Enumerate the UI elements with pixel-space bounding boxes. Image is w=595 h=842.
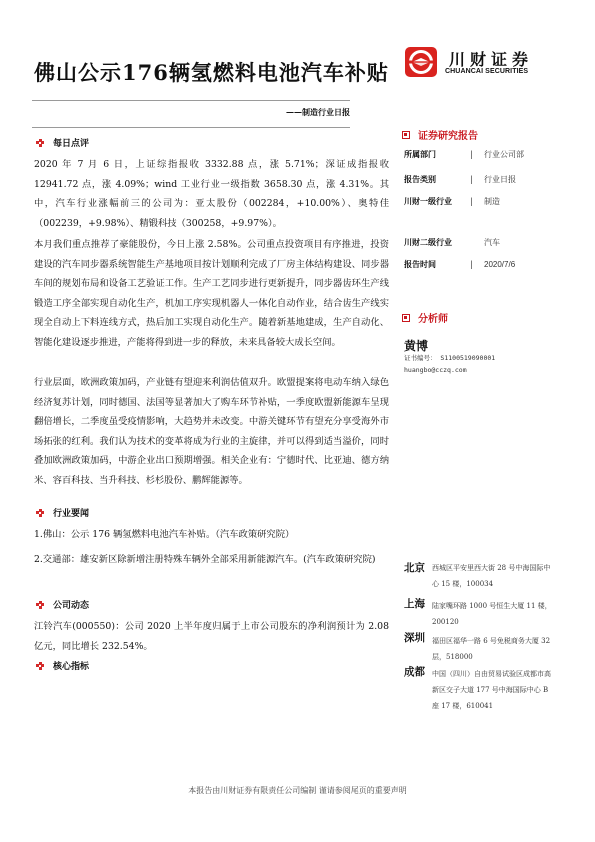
paragraph: 本月我们重点推荐了豪能股份，今日上涨 2.58%。公司重点投资项目有序推进，投资… (34, 235, 389, 352)
office-city-shanghai: 上海 (404, 596, 425, 611)
section-title: 核心指标 (53, 659, 89, 672)
logo-name-cn: 川财证券 (449, 47, 533, 70)
section-title: 行业要闻 (53, 506, 89, 519)
daily-review-para-2: 本月我们重点推荐了豪能股份，今日上涨 2.58%。公司重点投资项目有序推进，投资… (34, 235, 389, 352)
analyst-license: 证书编号： S1100519090001 (404, 353, 495, 362)
company-news-item-1: 江铃汽车(000550)：公司 2020 上半年度归属于上市公司股东的净利润预计… (34, 617, 389, 656)
info-label: 报告类别 (404, 174, 470, 185)
paragraph: 行业层面，欧洲政策加码，产业链有望迎来利润估值双升。欧盟提案将电动车纳入绿色经济… (34, 373, 389, 490)
sidebar-title: 分析师 (418, 310, 448, 325)
section-head-core-indicators: 核心指标 (36, 659, 89, 672)
sidebar-head-report-info: 证券研究报告 (402, 127, 478, 142)
daily-review-para-1: 2020 年 7 月 6 日，上证综指报收 3332.88 点，涨 5.71%；… (34, 155, 389, 233)
info-row-report-date: 报告时间 | 2020/7/6 (404, 256, 515, 272)
info-row-level2-industry: 川财二级行业 汽车 (404, 234, 500, 250)
footer-disclaimer: 本报告由川财证券有限责任公司编制 谨请参阅尾页的重要声明 (0, 785, 595, 796)
diamond-bullet-icon (36, 662, 44, 670)
paragraph: 2020 年 7 月 6 日，上证综指报收 3332.88 点，涨 5.71%；… (34, 155, 389, 233)
office-address-beijing: 西城区平安里西大街 28 号中海国际中心 15 楼，100034 (432, 560, 552, 592)
info-separator: | (470, 260, 484, 269)
daily-review-para-3: 行业层面，欧洲政策加码，产业链有望迎来利润估值双升。欧盟提案将电动车纳入绿色经济… (34, 373, 389, 490)
news-item: 1.佛山：公示 176 辆氢燃料电池汽车补贴。（汽车政策研究院） (34, 525, 389, 545)
news-item: 江铃汽车(000550)：公司 2020 上半年度归属于上市公司股东的净利润预计… (34, 617, 389, 656)
sidebar-title: 证券研究报告 (418, 127, 478, 142)
section-head-company-news: 公司动态 (36, 598, 89, 611)
info-value: 行业公司部 (484, 149, 524, 160)
news-item: 2.交通部：雄安新区除新增注册特殊车辆外全部采用新能源汽车。(汽车政策研究院) (34, 550, 389, 570)
info-label: 报告时间 (404, 259, 470, 270)
diamond-bullet-icon (36, 139, 44, 147)
info-value: 2020/7/6 (484, 260, 515, 269)
industry-news-item-2: 2.交通部：雄安新区除新增注册特殊车辆外全部采用新能源汽车。(汽车政策研究院) (34, 550, 389, 570)
chuancai-logo-icon (405, 47, 437, 77)
industry-news-item-1: 1.佛山：公示 176 辆氢燃料电池汽车补贴。（汽车政策研究院） (34, 525, 389, 545)
info-row-department: 所属部门 | 行业公司部 (404, 146, 524, 162)
info-value: 行业日报 (484, 174, 516, 185)
divider-bottom (32, 127, 350, 128)
divider-top (32, 100, 350, 101)
info-value: 制造 (484, 196, 500, 207)
diamond-bullet-icon (36, 601, 44, 609)
office-address-shanghai: 陆家嘴环路 1000 号恒生大厦 11 楼，200120 (432, 598, 552, 630)
info-row-level1-industry: 川财一级行业 | 制造 (404, 193, 500, 209)
analyst-email[interactable]: huangbo@cczq.com (404, 366, 467, 374)
report-subtitle: ——制造行业日报 (286, 107, 350, 118)
info-label: 川财一级行业 (404, 196, 470, 207)
info-separator: | (470, 150, 484, 159)
report-icon (402, 131, 410, 139)
section-head-daily-review: 每日点评 (36, 136, 89, 149)
report-title: 佛山公示176辆氢燃料电池汽车补贴 (34, 57, 389, 87)
info-label: 川财二级行业 (404, 237, 470, 248)
office-city-chengdu: 成都 (404, 664, 425, 679)
section-head-industry-news: 行业要闻 (36, 506, 89, 519)
sidebar-head-analyst: 分析师 (402, 310, 448, 325)
company-logo: 川财证券 CHUANCAI SECURITIES (405, 47, 575, 81)
analyst-name: 黄博 (404, 337, 428, 354)
section-title: 公司动态 (53, 598, 89, 611)
office-address-shenzhen: 福田区福华一路 6 号免税商务大厦 32 层，518000 (432, 633, 552, 665)
office-city-shenzhen: 深圳 (404, 630, 425, 645)
info-separator: | (470, 197, 484, 206)
logo-name-en: CHUANCAI SECURITIES (445, 68, 528, 75)
analyst-icon (402, 314, 410, 322)
info-value: 汽车 (484, 237, 500, 248)
info-row-report-type: 报告类别 | 行业日报 (404, 171, 516, 187)
info-separator: | (470, 175, 484, 184)
diamond-bullet-icon (36, 509, 44, 517)
section-title: 每日点评 (53, 136, 89, 149)
office-address-chengdu: 中国（四川）自由贸易试验区成都市高新区交子大道 177 号中海国际中心 B 座 … (432, 666, 552, 714)
info-label: 所属部门 (404, 149, 470, 160)
office-city-beijing: 北京 (404, 560, 425, 575)
